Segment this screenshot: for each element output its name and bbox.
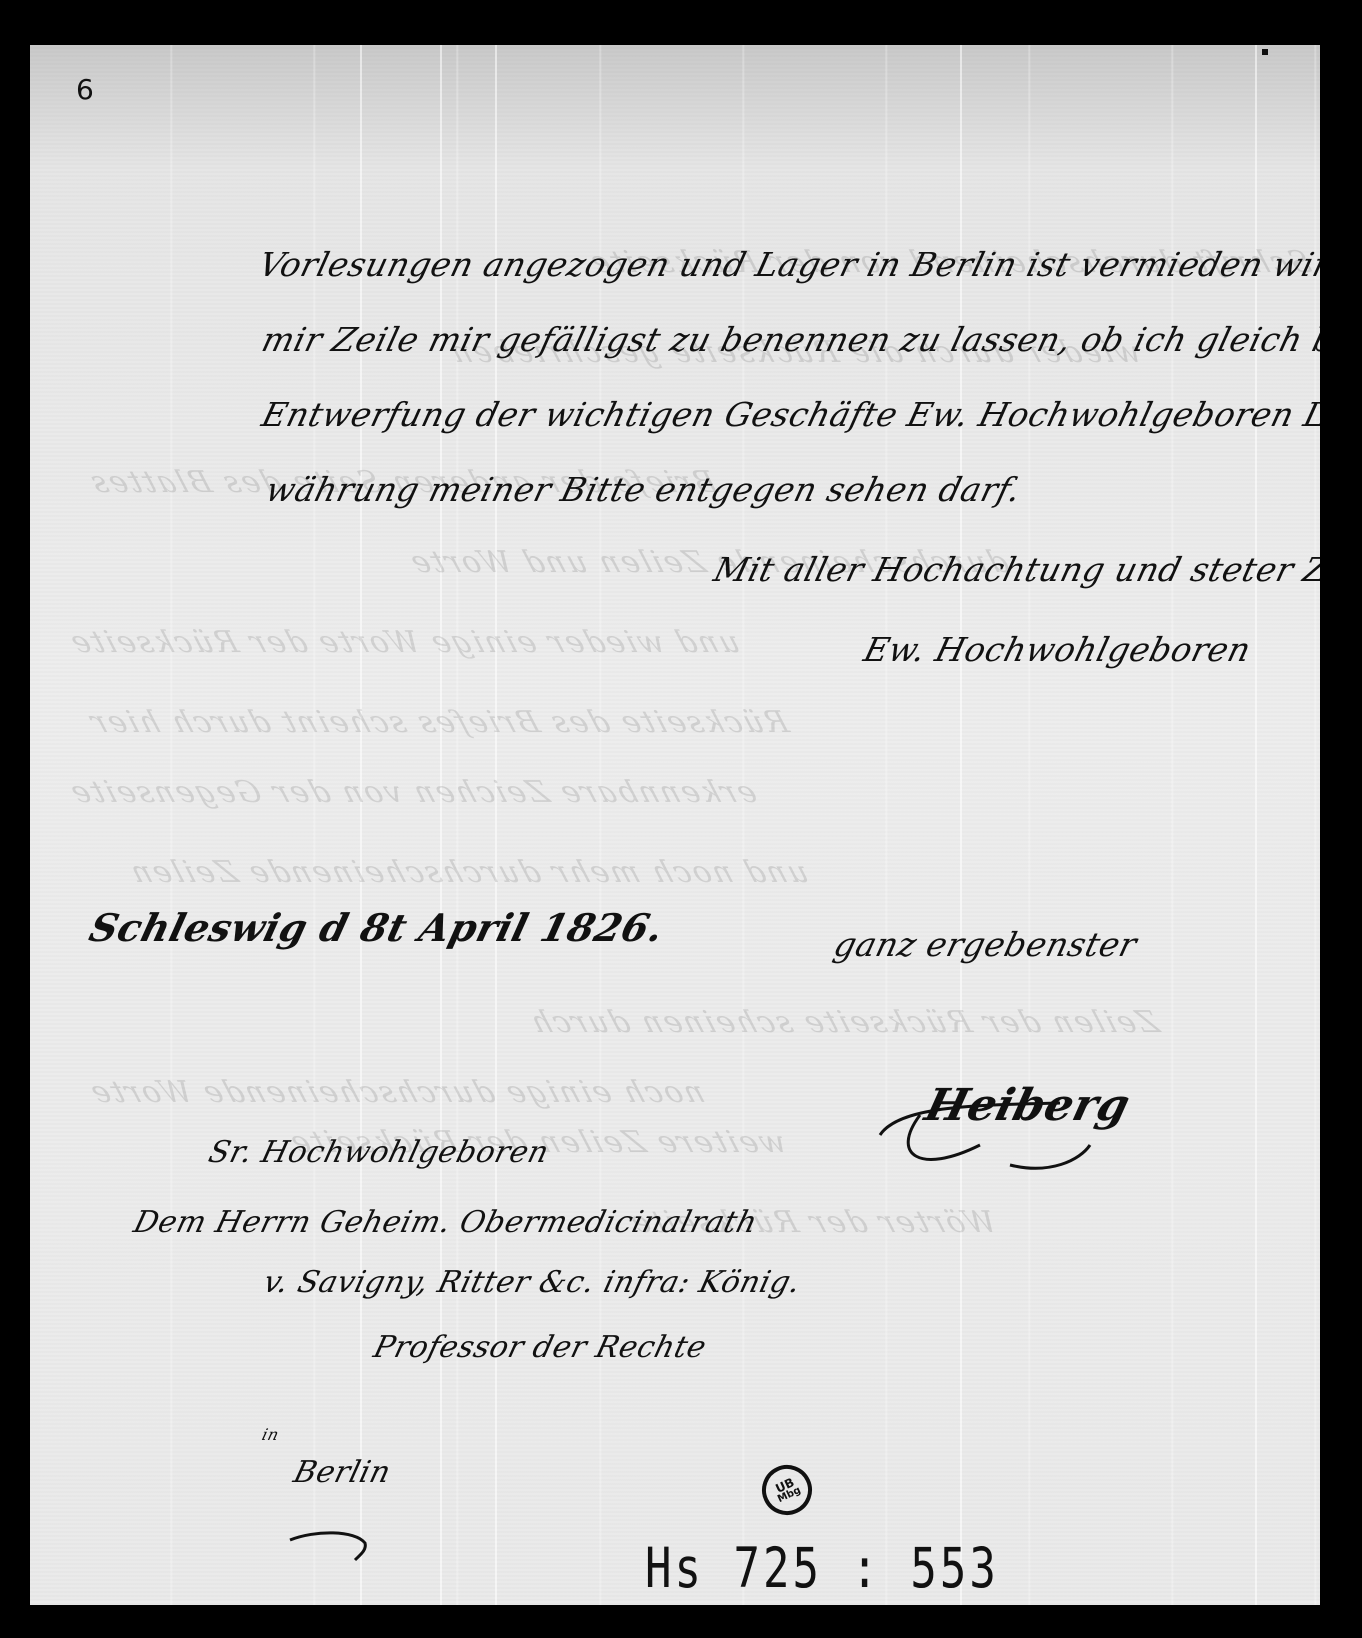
dateline: Schleswig d 8t April 1826. xyxy=(85,905,669,950)
ink-spot xyxy=(1262,49,1268,55)
body-line-3: Entwerfung der wichtigen Geschäfte Ew. H… xyxy=(258,395,1320,434)
body-line-1: Vorlesungen angezogen und Lager in Berli… xyxy=(255,245,1320,284)
address-line-3: v. Savigny, Ritter &c. infra: König. xyxy=(260,1265,804,1300)
letter-page: Schrift durchscheinend von der Rückseite… xyxy=(30,45,1320,1605)
address-city: Berlin xyxy=(290,1455,394,1490)
body-line-2: mir Zeile mir gefälligst zu benennen zu … xyxy=(258,320,1320,359)
body-line-4: währung meiner Bitte entgegen sehen darf… xyxy=(262,470,1025,509)
address-line-4: Professor der Rechte xyxy=(370,1330,710,1365)
shelfmark: Hs 725 : 553 xyxy=(645,1537,999,1601)
address-prefix: in xyxy=(260,1425,281,1444)
address-line-2: Dem Herrn Geheim. Obermedicinalrath xyxy=(130,1205,761,1240)
closing-line-2: Ew. Hochwohlgeboren xyxy=(860,630,1255,669)
valediction: ganz ergebenster xyxy=(830,925,1141,964)
closing-line-1: Mit aller Hochachtung und steter Zuneigu… xyxy=(710,550,1320,589)
library-stamp: UB Mbg xyxy=(754,1457,820,1523)
signature: Heiberg xyxy=(920,1080,1135,1131)
address-line-1: Sr. Hochwohlgeboren xyxy=(205,1135,553,1170)
page-number: 6 xyxy=(76,73,94,106)
